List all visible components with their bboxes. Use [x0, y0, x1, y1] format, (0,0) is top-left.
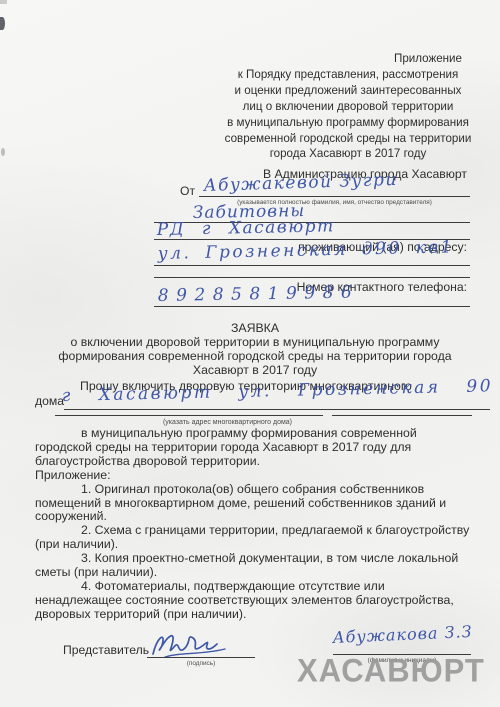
statement-title: ЗАЯВКА — [30, 322, 480, 336]
appendix-header-line: современной городской среды на территори… — [212, 131, 484, 147]
appendix-header-line: к Порядку представления, рассмотрения — [212, 67, 484, 83]
attachments-label: Приложение: — [35, 469, 472, 483]
fill-line — [64, 409, 490, 410]
appendix-header-line: Приложение — [212, 51, 484, 67]
appendix-header-line: и оценки предложений заинтересованных — [212, 83, 484, 99]
scan-artifact — [0, 0, 7, 4]
city-watermark: ХАСАВЮРТ — [297, 652, 485, 690]
fill-line — [199, 196, 470, 197]
attachment-item: 1. Оригинал протокола(ов) общего собрани… — [35, 483, 472, 525]
applicant-name-handwritten: Абужакевой Зугри — [203, 170, 398, 196]
statement-title-block: ЗАЯВКА о включении дворовой территории в… — [30, 322, 480, 378]
address-handwritten: ул. Грозненская д90 кв1 — [158, 237, 455, 264]
scan-artifact — [1, 148, 5, 156]
fill-line — [332, 415, 472, 416]
scan-artifact — [0, 17, 5, 30]
appendix-header-line: лиц о включении дворовой территории — [212, 99, 484, 115]
from-label: От — [180, 184, 195, 198]
phone-handwritten: 89285819986 — [158, 282, 360, 306]
representative-label: Представитель — [63, 643, 149, 657]
attachment-item: 3. Копия проектно-сметной документации, … — [35, 552, 472, 580]
statement-subtitle-line: формирования современной городской среды… — [30, 350, 480, 364]
house-caption: (указать адрес многоквартирного дома) — [85, 419, 370, 426]
fill-line — [154, 277, 470, 278]
fill-line — [154, 306, 470, 307]
statement-subtitle-line: о включении дворовой территории в муници… — [30, 336, 480, 350]
body-paragraph: в муниципальную программу формирования с… — [35, 427, 472, 469]
house-label: дома — [35, 394, 64, 408]
surname-initials-handwritten: Абужакова З.З — [332, 622, 473, 647]
appendix-header-line: города Хасавюрт в 2017 году — [212, 146, 484, 162]
signature-scribble — [145, 630, 243, 660]
fill-line — [55, 415, 323, 416]
statement-subtitle-line: Хасавюрт в 2017 году — [30, 364, 480, 378]
appendix-header: Приложение к Порядку представления, расс… — [212, 51, 484, 162]
fill-line — [154, 265, 470, 266]
appendix-header-line: в муниципальную программу формирования — [212, 115, 484, 131]
scanned-application-form: Приложение к Порядку представления, расс… — [0, 0, 500, 707]
statement-body: в муниципальную программу формирования с… — [35, 427, 472, 622]
signature-caption: (подпись) — [147, 660, 255, 667]
fill-line — [147, 657, 255, 658]
attachment-item: 4. Фотоматериалы, подтверждающие отсутст… — [35, 580, 472, 622]
region-city-handwritten: РД г Хасавюрт — [157, 216, 335, 240]
attachment-item: 2. Схема с границами территории, предлаг… — [35, 524, 472, 552]
